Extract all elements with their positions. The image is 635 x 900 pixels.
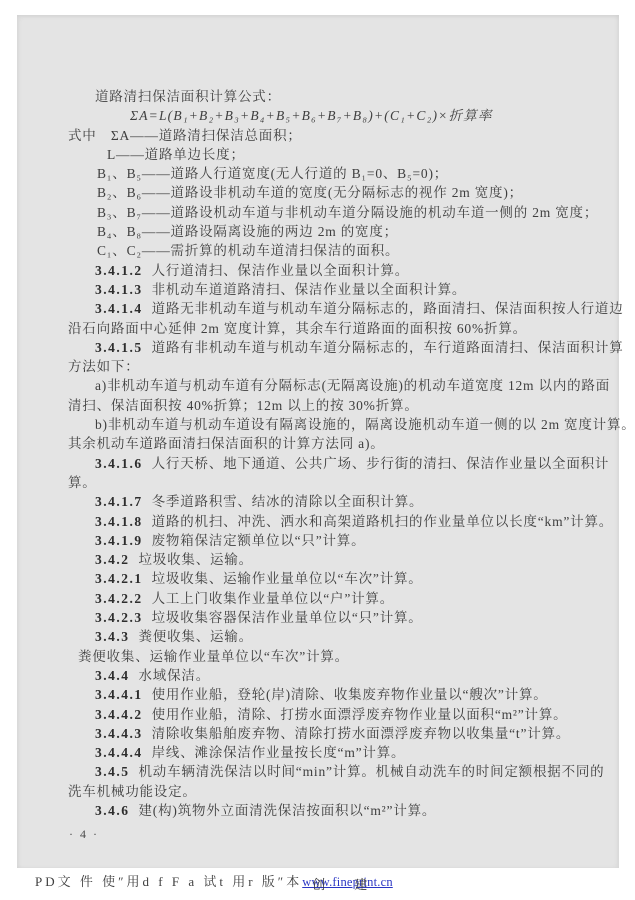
document-line: B₁、B₅——道路人行道宽度(无人行道的 B₁=0、B₅=0)； [68,164,572,183]
document-line: 3.4.4.1使用作业船，登轮(岸)清除、收集废弃物作业量以“艘次”计算。 [68,685,572,704]
section-number: 3.4.6 [95,803,130,818]
section-number: 3.4.1.4 [95,301,143,316]
page-number: · 4 · [69,827,99,842]
section-number: 3.4.2.3 [95,610,143,625]
document-line: 其余机动车道路面清扫保洁面积的计算方法同 a)。 [68,434,572,453]
section-number: 3.4.1.7 [95,494,143,509]
document-line: 粪便收集、运输作业量单位以“车次”计算。 [68,647,572,666]
document-line: 沿石向路面中心延伸 2m 宽度计算，其余车行道路面的面积按 60%折算。 [68,319,572,338]
document-line: 3.4.4.3清除收集船舶废弃物、清除打捞水面漂浮废弃物以收集量“t”计算。 [68,724,572,743]
document-line: 3.4.6建(构)筑物外立面清洗保洁按面积以“m²”计算。 [68,801,572,820]
document-line: 式中 ΣA——道路清扫保洁总面积； [68,126,572,145]
document-line: 3.4.1.2人行道清扫、保洁作业量以全面积计算。 [68,261,572,280]
document-line: b)非机动车道与机动车道设有隔离设施的，隔离设施机动车道一侧的以 2m 宽度计算… [68,415,572,434]
document-line: L——道路单边长度； [68,145,572,164]
document-line: 清扫、保洁面积按 40%折算；12m 以上的按 30%折算。 [68,396,572,415]
document-page: 道路清扫保洁面积计算公式：ΣA=L(B₁+B₂+B₃+B₄+B₅+B₆+B₇+B… [17,15,619,868]
document-line: 3.4.5机动车辆清洗保洁以时间“min”计算。机械自动洗车的时间定额根据不同的 [68,762,572,781]
document-line: B₄、B₈——道路设隔离设施的两边 2m 的宽度； [68,222,572,241]
section-number: 3.4.2 [95,552,130,567]
watermark-overlay-char-right: 建 [354,874,367,893]
section-number: 3.4.1.2 [95,263,143,278]
document-line: 3.4.1.7冬季道路积雪、结冰的清除以全面积计算。 [68,492,572,511]
section-number: 3.4.1.3 [95,282,143,297]
document-line: 方法如下： [68,357,572,376]
watermark-footer: PD文 件 使″用d f F a 试t 用r 版″本www.fineprint.… [35,871,393,891]
section-number: 3.4.4.4 [95,745,143,760]
section-number: 3.4.5 [95,764,130,779]
document-line: 3.4.3粪便收集、运输。 [68,627,572,646]
document-line: a)非机动车道与机动车道有分隔标志(无隔离设施)的机动车道宽度 12m 以内的路… [68,376,572,395]
section-number: 3.4.4.1 [95,687,143,702]
document-line: 道路清扫保洁面积计算公式： [68,87,572,106]
document-line: 3.4.2.1垃圾收集、运输作业量单位以“车次”计算。 [68,569,572,588]
document-line: 3.4.2.2人工上门收集作业量单位以“户”计算。 [68,589,572,608]
section-number: 3.4.1.9 [95,533,143,548]
document-lines: 道路清扫保洁面积计算公式：ΣA=L(B₁+B₂+B₃+B₄+B₅+B₆+B₇+B… [68,87,572,820]
document-line: 3.4.2.3垃圾收集容器保洁作业量单位以“只”计算。 [68,608,572,627]
section-number: 3.4.1.8 [95,514,143,529]
document-line: 3.4.1.8道路的机扫、冲洗、洒水和高架道路机扫的作业量单位以长度“km”计算… [68,512,572,531]
section-number: 3.4.3 [95,629,130,644]
document-line: ΣA=L(B₁+B₂+B₃+B₄+B₅+B₆+B₇+B₈)+(C₁+C₂)×折算… [68,106,572,125]
section-number: 3.4.4 [95,668,130,683]
section-number: 3.4.4.2 [95,707,143,722]
document-line: 3.4.4.4岸线、滩涂保洁作业量按长度“m”计算。 [68,743,572,762]
section-number: 3.4.4.3 [95,726,143,741]
watermark-overlay-char-left: 创 [312,874,325,893]
document-line: 3.4.4水域保洁。 [68,666,572,685]
watermark-link-wrap: www.fineprint.cn创建 [302,874,393,890]
document-line: 算。 [68,473,572,492]
document-line: 洗车机械功能设定。 [68,782,572,801]
document-line: 3.4.2垃圾收集、运输。 [68,550,572,569]
document-line: 3.4.1.4道路无非机动车道与机动车道分隔标志的，路面清扫、保洁面积按人行道边 [68,299,572,318]
section-number: 3.4.1.5 [95,340,143,355]
section-number: 3.4.2.1 [95,571,143,586]
document-line: 3.4.4.2使用作业船，清除、打捞水面漂浮废弃物作业量以面积“m²”计算。 [68,705,572,724]
section-number: 3.4.2.2 [95,591,143,606]
document-line: C₁、C₂——需折算的机动车道清扫保洁的面积。 [68,241,572,260]
watermark-text: PD文 件 使″用d f F a 试t 用r 版″本 [35,874,302,889]
document-line: 3.4.1.9废物箱保洁定额单位以“只”计算。 [68,531,572,550]
section-number: 3.4.1.6 [95,456,143,471]
document-line: B₂、B₆——道路设非机动车道的宽度(无分隔标志的视作 2m 宽度)； [68,183,572,202]
document-line: 3.4.1.6人行天桥、地下通道、公共广场、步行街的清扫、保洁作业量以全面积计 [68,454,572,473]
document-line: B₃、B₇——道路设机动车道与非机动车道分隔设施的机动车道一侧的 2m 宽度； [68,203,572,222]
document-line: 3.4.1.3非机动车道道路清扫、保洁作业量以全面积计算。 [68,280,572,299]
document-line: 3.4.1.5道路有非机动车道与机动车道分隔标志的，车行道路面清扫、保洁面积计算 [68,338,572,357]
